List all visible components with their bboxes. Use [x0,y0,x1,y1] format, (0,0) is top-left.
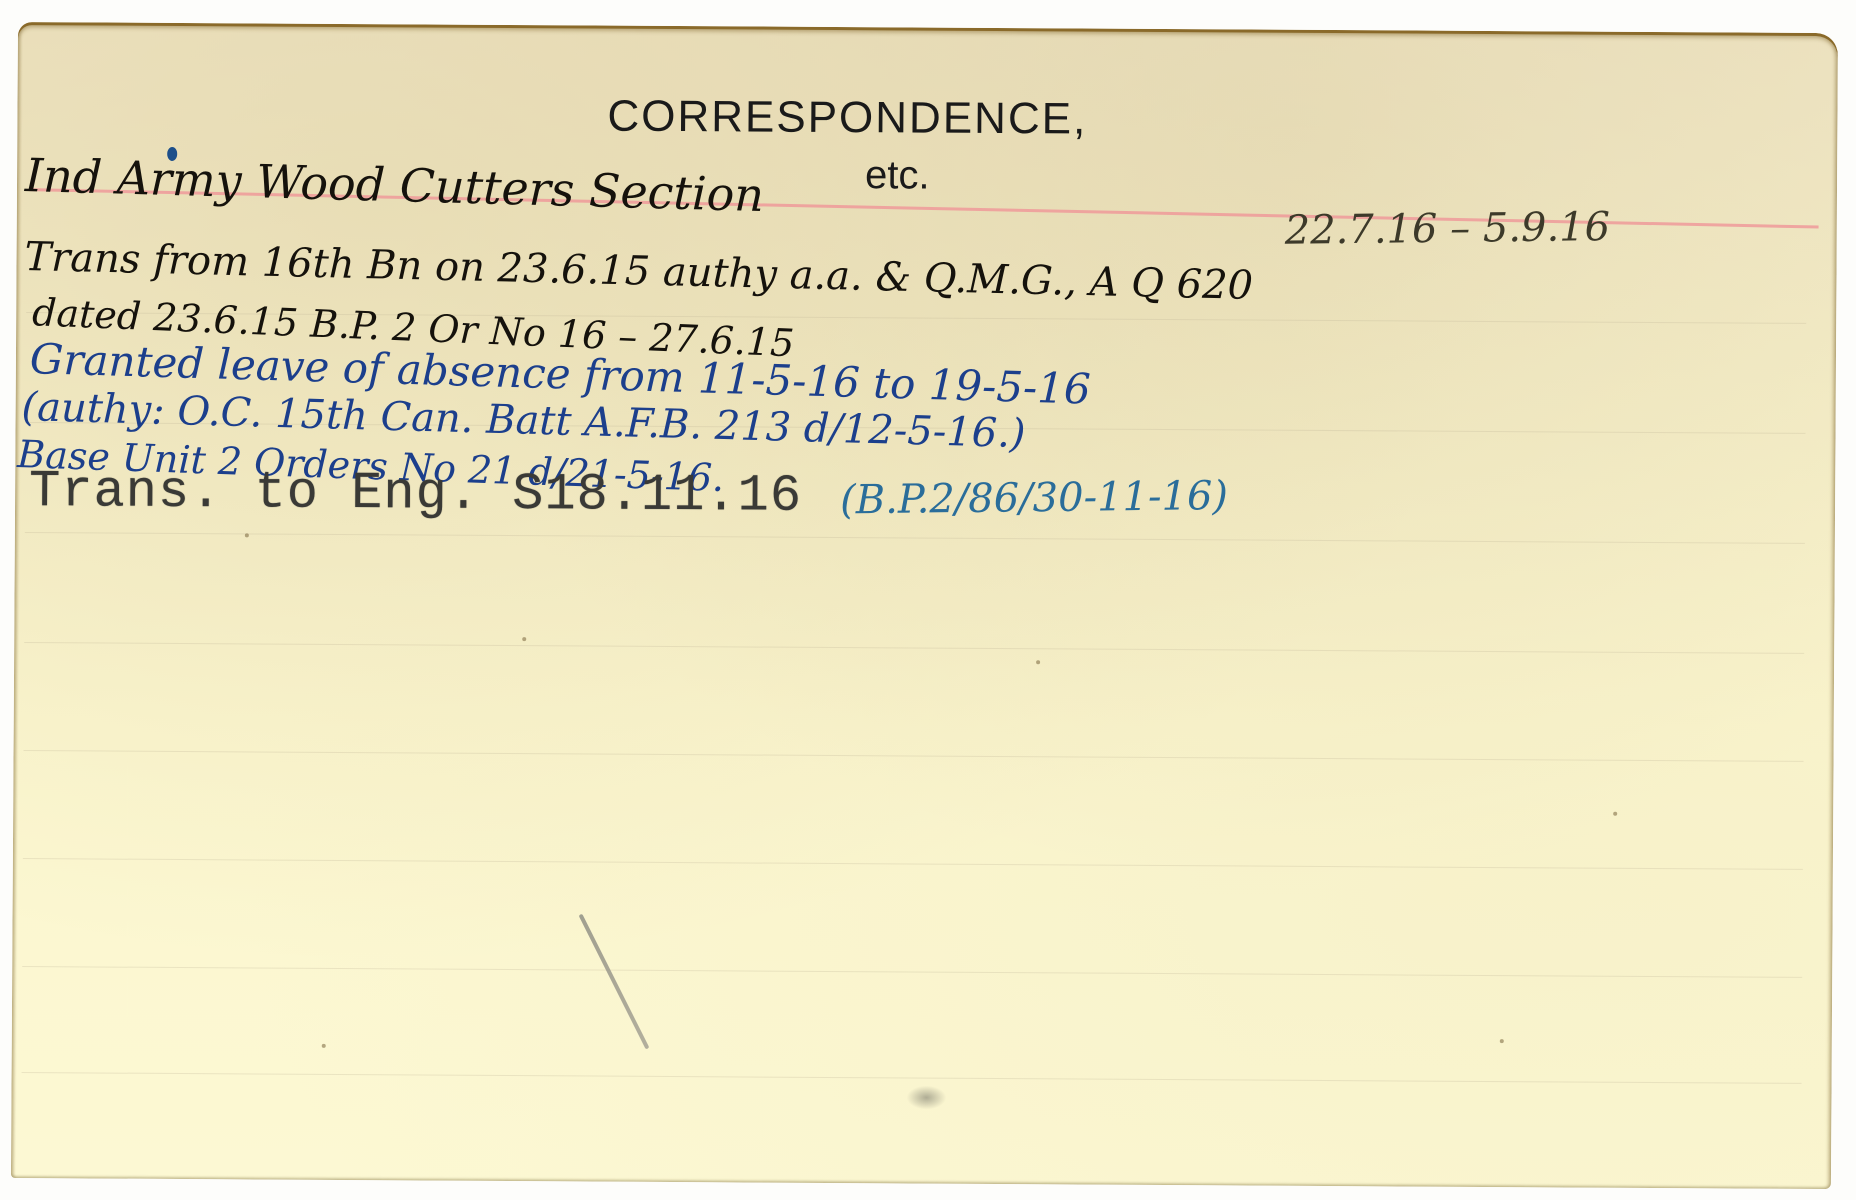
handwritten-reference: (B.P.2/86/30-11-16) [840,473,1228,523]
pencil-stroke [579,914,650,1050]
scan-background: CORRESPONDENCE, etc. Ind Army Wood Cutte… [0,0,1856,1200]
index-card: CORRESPONDENCE, etc. Ind Army Wood Cutte… [11,22,1838,1189]
paper-fleck [1036,660,1040,664]
paper-fleck [1500,1039,1504,1043]
ruled-line [24,750,1804,762]
printed-heading: CORRESPONDENCE, [607,92,1087,145]
ruled-line [24,642,1804,654]
ruled-line [22,1072,1802,1084]
paper-fleck [522,637,526,641]
paper-fleck [322,1044,326,1048]
handwritten-unit-dates: 22.7.16 – 5.9.16 [1284,204,1610,254]
paper-fleck [245,533,249,537]
typed-transfer-entry: Trans. to Eng. S18.11.16 (B.P.2/86/30-11… [29,462,1228,528]
ruled-line [22,966,1802,978]
handwritten-unit: Ind Army Wood Cutters Section [24,148,764,222]
typed-transfer-text: Trans. to Eng. S18.11.16 [29,462,802,526]
smudge-mark [906,1085,946,1109]
ruled-line [23,858,1803,870]
printed-subheading: etc. [865,153,930,198]
paper-fleck [1613,812,1617,816]
ruled-line [25,532,1805,544]
